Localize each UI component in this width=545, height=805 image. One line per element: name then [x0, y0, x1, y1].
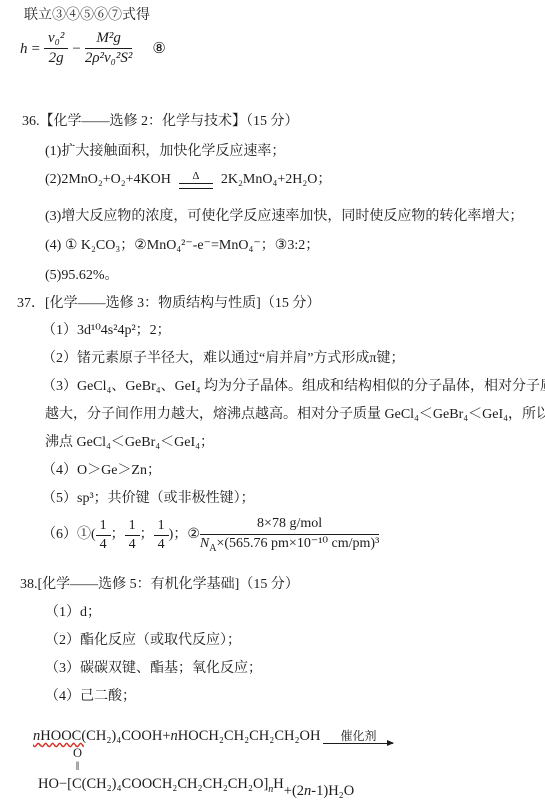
fraction-v0-2g: v₀² 2g: [44, 30, 68, 68]
fraction-numerator: 1: [96, 518, 111, 536]
q37-item-1: （1）3d¹⁰4s²4p²；2；: [42, 321, 171, 341]
physics-intro-text: 联立③④⑤⑥⑦式得: [24, 6, 150, 26]
fraction-one-quarter: 1 4: [96, 518, 111, 553]
equation-right-side: 2K₂MnO₄+2H₂O；: [221, 170, 331, 190]
fraction-denominator: 2g: [44, 49, 68, 67]
right-arrow: [323, 743, 393, 744]
carbonyl-group: O‖C(CH₂)₄COOCH₂CH₂CH₂CH₂O: [72, 774, 263, 794]
denominator-rest: ×(565.76 pm×10⁻¹⁰ cm/pm)³: [216, 536, 379, 551]
density-calculation-fraction: 8×78 g/mol NA×(565.76 pm×10⁻¹⁰ cm/pm)³: [200, 516, 379, 554]
q38-item-3: （3）碳碳双键、酯基；氧化反应；: [45, 659, 262, 679]
fraction-one-quarter: 1 4: [154, 518, 169, 553]
circled-two-label: ②: [187, 525, 200, 545]
double-line-equals: [179, 183, 213, 189]
diacid-tail: CH₂)₄COOH+: [86, 728, 170, 744]
repeat-unit-chain: C(CH₂)₄COOCH₂CH₂CH₂CH₂O: [72, 776, 263, 792]
q36-item-5: (5)95.62%。: [45, 266, 119, 286]
fraction-denominator: 4: [125, 536, 140, 553]
avogadro-symbol: N: [200, 536, 209, 551]
fraction-denominator: 4: [96, 536, 111, 553]
q38-item-2: （2）酯化反应（或取代反应）；: [45, 631, 241, 651]
water-text-b: -1)H₂O: [311, 783, 354, 799]
q36-item-1: (1)扩大接触面积，加快化学反应速率；: [45, 142, 285, 162]
q38-item-4: （4）己二酸；: [45, 687, 136, 707]
water-text-a: +(2: [284, 783, 304, 799]
formula-8: h = v₀² 2g − M²g 2ρ²v₀²S² ⑧: [20, 30, 170, 68]
fraction-numerator: 1: [154, 518, 169, 536]
fraction-numerator: M²g: [85, 30, 133, 49]
question-37-header: 37．[化学——选修 3：物质结构与性质]（15 分）: [17, 294, 320, 314]
fraction-numerator: 8×78 g/mol: [200, 516, 379, 535]
end-hydrogen: H: [273, 776, 283, 792]
question-38-header: 38.[化学——选修 5：有机化学基础]（15 分）: [20, 575, 299, 595]
double-bond-symbol: ‖: [72, 760, 83, 773]
q37-item-4: （4）O＞Ge＞Zn；: [42, 461, 161, 481]
fraction-numerator: v₀²: [44, 30, 68, 49]
q37-item-6: （6）①( 1 4 ； 1 4 ； 1 4 )； ② 8×78 g/mol NA…: [42, 516, 379, 554]
equation-number-badge: ⑧: [152, 39, 165, 59]
polymer-product-line: HO−[O‖C(CH₂)₄COOCH₂CH₂CH₂CH₂O]nH+(2n-1)H…: [38, 774, 354, 800]
fraction-m2g: M²g 2ρ²v₀²S²: [85, 30, 133, 68]
q36-item-2-equation: (2)2MnO₂+O₂+4KOH Δ 2K₂MnO₄+2H₂O；: [45, 170, 331, 190]
separator: ；: [140, 525, 154, 545]
polymerization-reaction-line: nHOOC(CH₂)₄COOH+nHOCH₂CH₂CH₂CH₂OH催化剂: [33, 726, 393, 746]
water-n: n: [304, 783, 311, 799]
fraction-numerator: 1: [125, 518, 140, 536]
diacid-head: HOOC(: [40, 728, 86, 744]
catalyst-arrow: 催化剂: [323, 730, 393, 744]
equation-left-side: (2)2MnO₂+O₂+4KOH: [45, 170, 171, 190]
q37-item-5: （5）sp³；共价键（或非极性键）；: [42, 489, 255, 509]
fraction-one-quarter: 1 4: [125, 518, 140, 553]
product-prefix-ho: HO: [38, 776, 59, 792]
q37-item-3-line-1: （3）GeCl₄、GeBr₄、GeI₄ 均为分子晶体。组成和结构相似的分子晶体，…: [42, 377, 545, 397]
formula-lhs-variable: h: [20, 39, 28, 59]
carbonyl-oxygen-above: O‖: [72, 747, 83, 773]
question-36-header: 36.【化学——选修 2：化学与技术】（15 分）: [22, 112, 299, 132]
spellcheck-underlined-reactant: nHOOC(: [33, 728, 86, 744]
diol-formula: HOCH₂CH₂CH₂CH₂OH: [178, 728, 321, 744]
open-repeat-bracket: −[: [59, 776, 72, 792]
fraction-denominator: 2ρ²v₀²S²: [85, 49, 133, 67]
document-page: { "physics": { "intro": "联立③④⑤⑥⑦式得", "fo…: [0, 0, 545, 805]
coefficient-n: n: [171, 728, 178, 744]
q37-item-3-line-3: 沸点 GeCl₄＜GeBr₄＜GeI₄；: [45, 433, 214, 453]
equals-sign: =: [32, 39, 40, 59]
delta-symbol: Δ: [179, 171, 213, 182]
catalyst-label: 催化剂: [323, 730, 393, 743]
fraction-denominator: NA×(565.76 pm×10⁻¹⁰ cm/pm)³: [200, 535, 379, 554]
minus-sign: −: [72, 39, 80, 59]
delta-condition-equals: Δ: [179, 171, 213, 189]
close-paren: )；: [169, 525, 188, 545]
q36-item-4: (4) ① K₂CO₃；②MnO₄²⁻-e⁻=MnO₄⁻；③3:2；: [45, 236, 319, 256]
fraction-denominator: 4: [154, 536, 169, 553]
separator: ；: [111, 525, 125, 545]
item-6-prefix: （6）①(: [42, 525, 96, 545]
q37-item-2: （2）锗元素原子半径大，难以通过“肩并肩”方式形成π键；: [42, 349, 405, 369]
q38-item-1: （1）d；: [45, 603, 101, 623]
q36-item-3: (3)增大反应物的浓度，可使化学反应速率加快，同时使反应物的转化率增大；: [45, 207, 523, 227]
water-byproduct: +(2n-1)H₂O: [284, 781, 354, 801]
q37-item-3-line-2: 越大，分子间作用力越大，熔沸点越高。相对分子质量 GeCl₄＜GeBr₄＜GeI…: [45, 405, 545, 425]
